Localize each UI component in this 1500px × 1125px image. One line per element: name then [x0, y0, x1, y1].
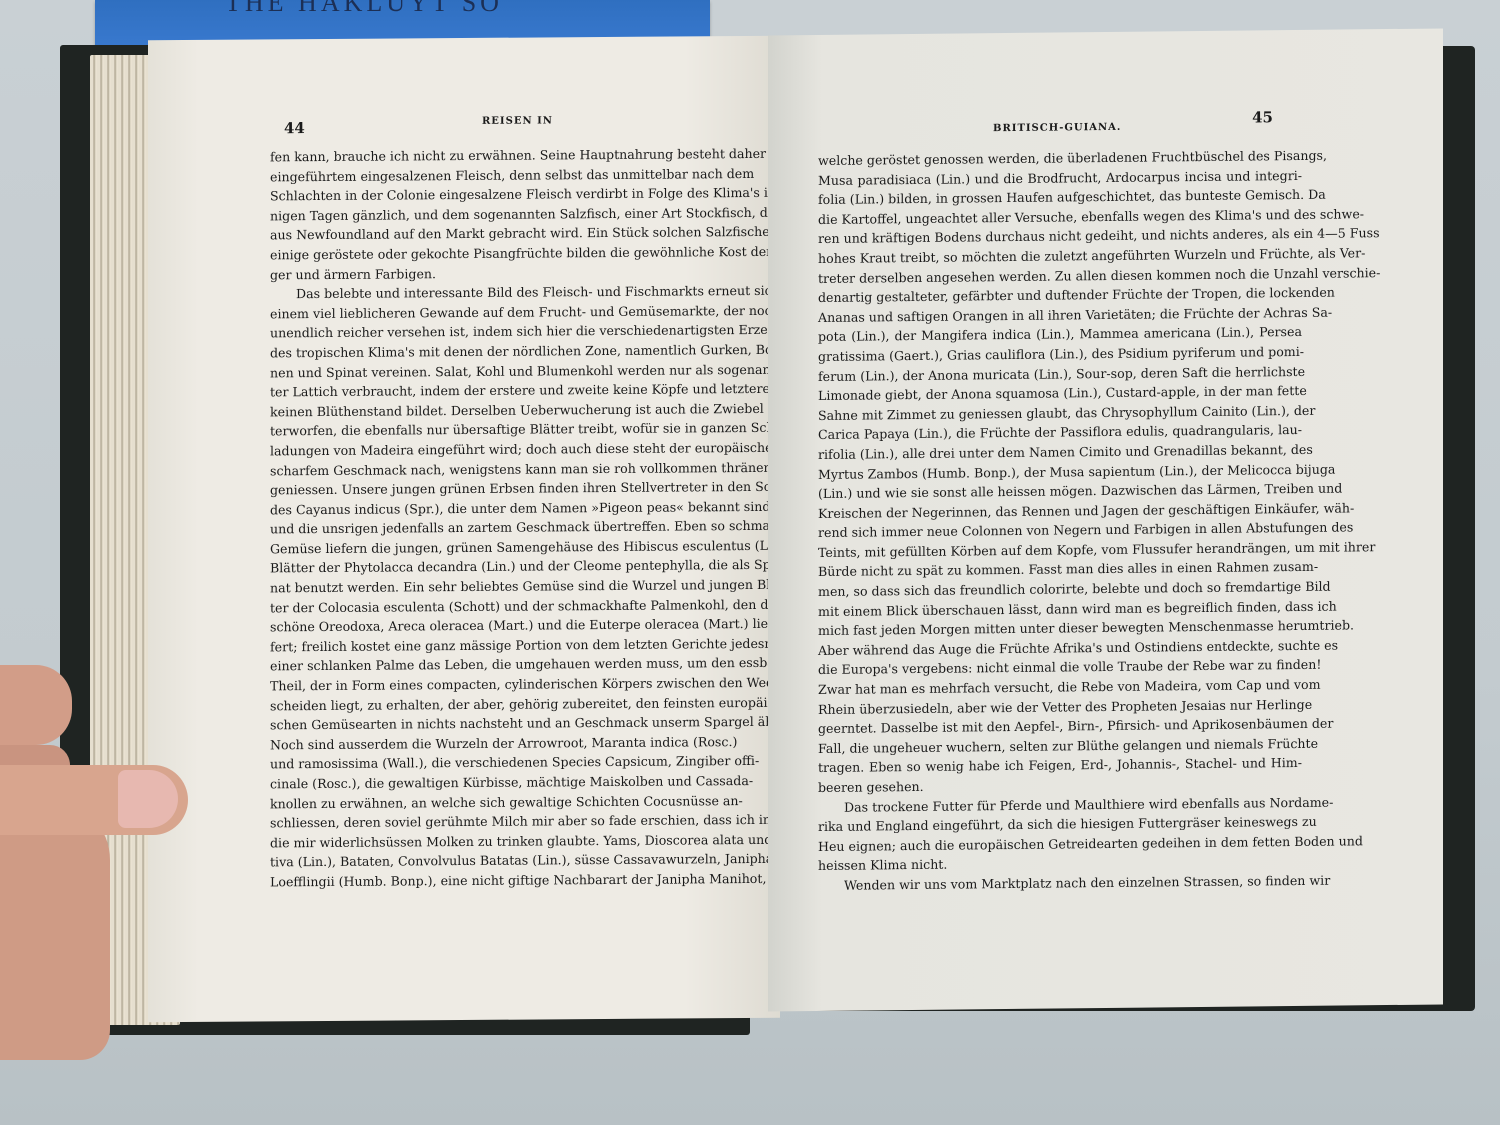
text-line: Wenden wir uns vom Marktplatz nach den e…	[818, 871, 1302, 896]
text-line: Loefflingii (Humb. Bonp.), eine nicht gi…	[270, 869, 732, 892]
left-page-body-text: fen kann, brauche ich nicht zu erwähnen.…	[270, 144, 732, 892]
left-page[interactable]: 44 REISEN IN fen kann, brauche ich nicht…	[148, 36, 780, 1022]
text-line: nat benutzt werden. Ein sehr beliebtes G…	[270, 575, 732, 598]
right-page-body-text: welche geröstet genossen werden, die übe…	[818, 146, 1302, 896]
text-line: des tropischen Klima's mit denen der nör…	[270, 340, 732, 363]
page-number-left: 44	[284, 119, 305, 137]
right-page[interactable]: 45 BRITISCH-GUIANA. welche geröstet geno…	[768, 28, 1443, 1011]
page-number-right: 45	[1252, 108, 1273, 126]
index-finger	[0, 665, 72, 745]
palm	[0, 800, 110, 1060]
running-head-right: BRITISCH-GUIANA.	[993, 122, 1121, 134]
running-head-left: REISEN IN	[482, 115, 553, 126]
background-book-title: THE HAKLUYT SO	[225, 0, 503, 18]
text-line: einige geröstete oder gekochte Pisangfrü…	[270, 242, 732, 265]
text-line: Theil, der in Form eines compacten, cyli…	[270, 673, 732, 696]
text-line: fen kann, brauche ich nicht zu erwähnen.…	[270, 144, 732, 167]
text-line: ladungen von Madeira eingeführt wird; do…	[270, 438, 732, 461]
text-line: cinale (Rosc.), die gewaltigen Kürbisse,…	[270, 771, 732, 794]
thumbnail	[118, 770, 178, 828]
